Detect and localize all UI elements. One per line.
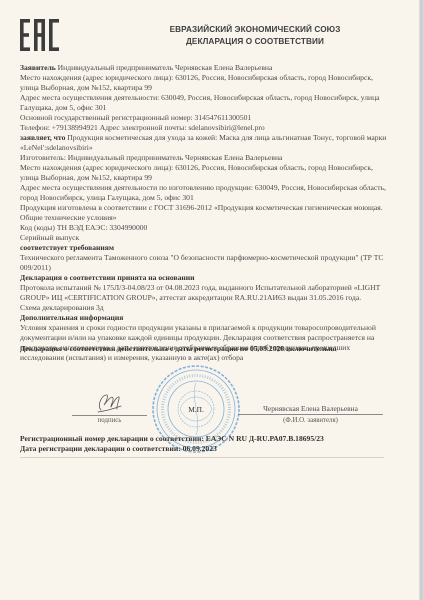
signature-line [72, 415, 147, 416]
registration-number: Регистрационный номер декларации о соотв… [20, 434, 400, 444]
eac-logo-icon [20, 19, 60, 51]
declaration-body: Заявитель Индивидуальный предприниматель… [20, 63, 388, 363]
basis-label: Декларация о соответствии принята на осн… [20, 273, 388, 283]
header-title-union: ЕВРАЗИЙСКИЙ ЭКОНОМИЧЕСКИЙ СОЮЗ [90, 24, 420, 36]
page-edge [419, 0, 424, 600]
applicant-legal-address: Место нахождения (адрес юридического лиц… [20, 73, 388, 93]
hs-code: Код (коды) ТН ВЭД ЕАЭС: 3304990000 [20, 223, 388, 233]
applicant-full-name: Чернявская Елена Валерьевна [238, 404, 383, 413]
product-description: Продукция косметическая для ухода за кож… [20, 133, 386, 152]
complies-label: соответствует требованиям [20, 243, 388, 253]
registration-date: Дата регистрации декларации о соответств… [20, 444, 400, 454]
manufacturer-legal-address: Место нахождения (адрес юридического лиц… [20, 163, 388, 183]
declares-label: заявляет, что [20, 133, 65, 142]
applicant-line: Заявитель Индивидуальный предприниматель… [20, 63, 388, 73]
manufacturing-address: Адрес места осуществления деятельности п… [20, 183, 388, 203]
regulation: Технического регламента Таможенного союз… [20, 253, 388, 273]
applicant-ogrn: Основной государственный регистрационный… [20, 113, 388, 123]
manufacturer: Изготовитель: Индивидуальный предпринима… [20, 153, 388, 163]
registration-block: Регистрационный номер декларации о соотв… [20, 434, 400, 454]
product-line: заявляет, что Продукция косметическая дл… [20, 133, 388, 153]
name-line [238, 414, 383, 415]
signature-caption: подпись [72, 417, 147, 425]
applicant-label: Заявитель [20, 63, 56, 72]
additional-info: Условия хранения и сроки годности продук… [20, 323, 388, 363]
document-header: ЕВРАЗИЙСКИЙ ЭКОНОМИЧЕСКИЙ СОЮЗ ДЕКЛАРАЦИ… [90, 24, 420, 48]
bottom-divider [20, 457, 384, 458]
scheme: Схема декларирования 3д [20, 303, 388, 313]
applicant-activity-address: Адрес места осуществления деятельности: … [20, 93, 388, 113]
validity-statement: Декларация о соответствии действительна … [20, 344, 400, 354]
applicant-name: Индивидуальный предприниматель Чернявска… [56, 63, 273, 72]
additional-label: Дополнительная информация [20, 313, 388, 323]
full-name-caption: (Ф.И.О. заявителя) [238, 417, 383, 425]
production-type: Серийный выпуск [20, 233, 388, 243]
signature-icon [95, 392, 123, 414]
applicant-contacts: Телефон: +79138994921 Адрес электронной … [20, 123, 388, 133]
header-title-declaration: ДЕКЛАРАЦИЯ О СООТВЕТСТВИИ [90, 36, 420, 48]
basis: Протокола испытаний № 175Л/З-04.08/23 от… [20, 283, 388, 303]
stamp-label: М.П. [176, 405, 216, 414]
standard: Продукция изготовлена в соответствии с Г… [20, 203, 388, 223]
